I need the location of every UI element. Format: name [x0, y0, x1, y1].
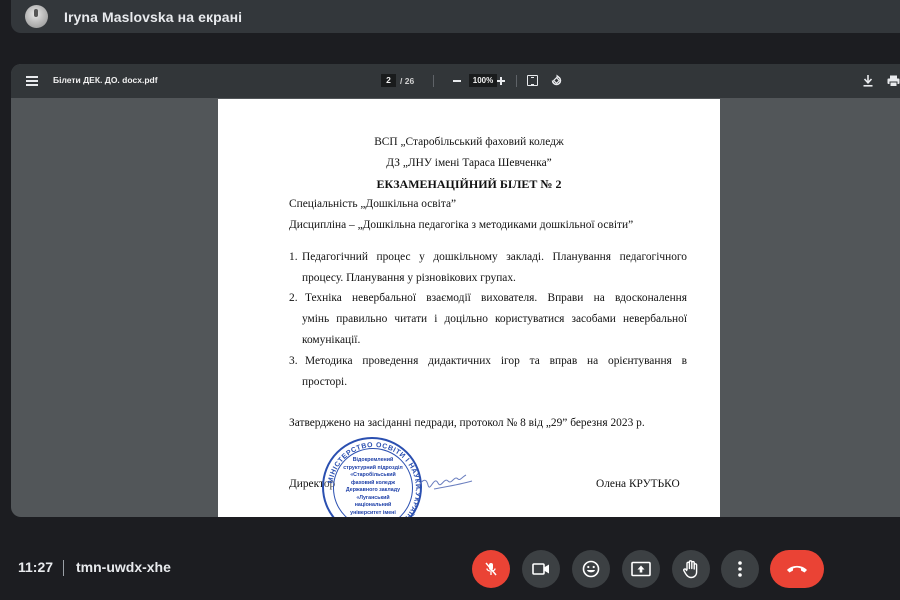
zoom-out-icon[interactable]	[453, 80, 461, 82]
pdf-file-name: Білети ДЕК. ДО. docx.pdf	[53, 75, 158, 85]
stamp-inner-text: Відокремлений структурний підрозділ «Ста…	[343, 457, 403, 517]
reactions-button[interactable]	[572, 550, 610, 588]
doc-header-line2: ДЗ „ЛНУ імені Тараса Шевченка”	[218, 157, 720, 169]
meeting-controls-bar: 11:27 tmn-uwdx-xhe	[0, 517, 900, 600]
camera-icon	[532, 562, 550, 576]
camera-toggle-button[interactable]	[522, 550, 560, 588]
more-vertical-icon	[737, 560, 743, 578]
pdf-toolbar: Білети ДЕК. ДО. docx.pdf 2 / 26 100%	[11, 64, 900, 98]
toolbar-divider	[433, 75, 434, 87]
doc-header-line1: ВСП „Старобільський фаховий коледж	[218, 136, 720, 148]
question-3-number: 3.	[289, 355, 298, 367]
more-options-button[interactable]	[721, 550, 759, 588]
question-2-line: Техніка невербальної взаємодії виховател…	[305, 292, 687, 304]
official-stamp: МІНІСТЕРСТВО ОСВІТИ І НАУКИ УКРАЇНИ • Ві…	[322, 437, 422, 517]
question-3-line: Методика проведення дидактичних ігор та …	[305, 355, 687, 367]
zoom-level-input[interactable]: 100%	[469, 74, 497, 87]
shared-screen: Білети ДЕК. ДО. docx.pdf 2 / 26 100% ВСП…	[11, 64, 900, 517]
director-name: Олена КРУТЬКО	[596, 478, 680, 490]
question-1-line: процесу. Планування у різновікових група…	[302, 272, 516, 284]
page-total: / 26	[400, 76, 414, 86]
present-screen-button[interactable]	[622, 550, 660, 588]
question-1-number: 1.	[289, 251, 298, 263]
question-2-number: 2.	[289, 292, 298, 304]
meeting-info-divider	[63, 560, 64, 576]
discipline-line: Дисципліна – „Дошкільна педагогіка з мет…	[289, 219, 633, 231]
raise-hand-button[interactable]	[672, 550, 710, 588]
toolbar-divider	[516, 75, 517, 87]
presenter-banner: Iryna Maslovska на екрані	[11, 0, 900, 33]
zoom-in-icon[interactable]	[495, 74, 507, 87]
print-icon[interactable]	[887, 75, 900, 87]
presenter-avatar	[25, 5, 48, 28]
leave-call-button[interactable]	[770, 550, 824, 588]
present-screen-icon	[631, 561, 651, 577]
question-1-line: Педагогічний процес у дошкільному заклад…	[302, 251, 687, 263]
hang-up-icon	[786, 564, 808, 574]
question-2-line: умінь правильно читати і доцільно корист…	[302, 313, 687, 325]
signature	[414, 471, 474, 499]
meeting-time: 11:27	[18, 559, 53, 575]
presenter-name: Iryna Maslovska на екрані	[64, 9, 242, 25]
question-2-line: комунікації.	[302, 334, 360, 346]
menu-icon[interactable]	[26, 76, 38, 86]
specialty-line: Спеціальність „Дошкільна освіта”	[289, 198, 456, 210]
pdf-page: ВСП „Старобільський фаховий коледж ДЗ „Л…	[218, 99, 720, 517]
approval-line: Затверджено на засіданні педради, проток…	[289, 417, 645, 429]
ticket-title: ЕКЗАМЕНАЦІЙНИЙ БІЛЕТ № 2	[218, 177, 720, 192]
page-number-input[interactable]: 2	[381, 74, 396, 87]
question-3-line: просторі.	[302, 376, 347, 388]
raise-hand-icon	[682, 559, 700, 579]
microphone-toggle-button[interactable]	[472, 550, 510, 588]
microphone-muted-icon	[483, 561, 499, 577]
emoji-icon	[582, 560, 600, 578]
download-icon[interactable]	[862, 74, 874, 88]
meeting-code: tmn-uwdx-xhe	[76, 559, 171, 575]
fit-to-page-icon[interactable]	[527, 75, 538, 86]
rotate-icon[interactable]	[550, 74, 563, 87]
